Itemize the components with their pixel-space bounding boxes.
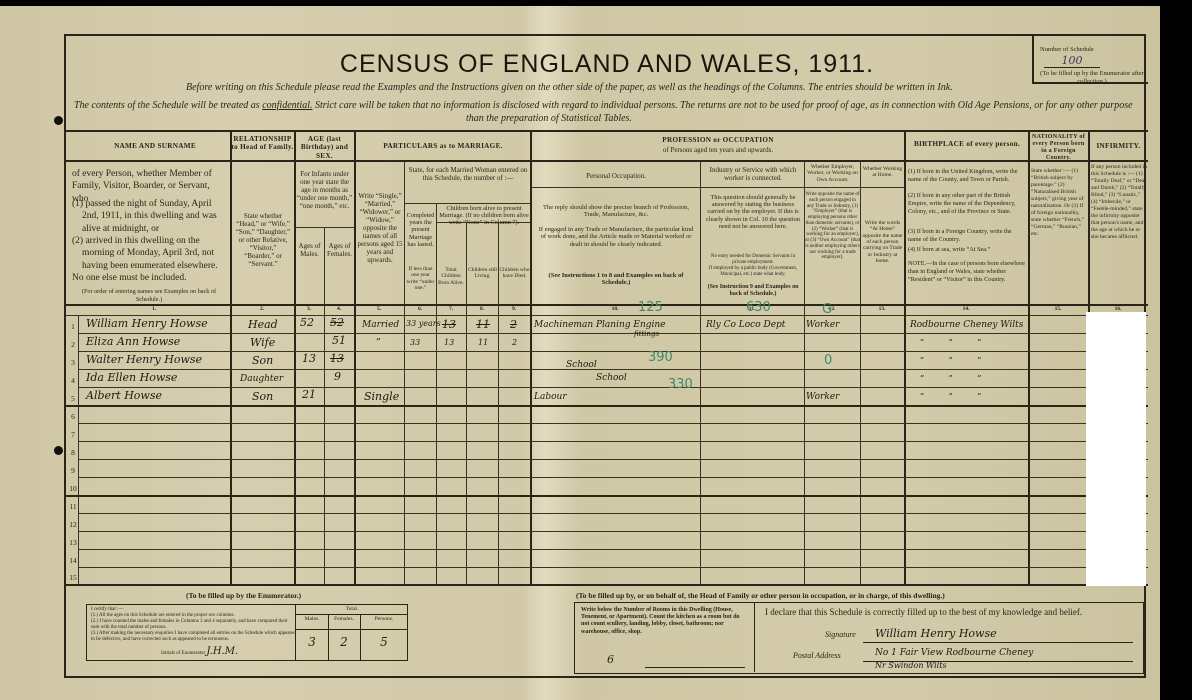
total-persons: 5 bbox=[360, 635, 408, 649]
code-annotation: 0 bbox=[824, 353, 832, 368]
enumerator-certificate: I certify that :— (1.) All the ages on t… bbox=[86, 604, 408, 661]
person-name: Eliza Ann Howse bbox=[86, 335, 180, 348]
schedule-frame: CENSUS OF ENGLAND AND WALES, 1911. Befor… bbox=[64, 34, 1146, 678]
rooms-value: 6 bbox=[607, 653, 614, 666]
schedule-number-box: Number of Schedule100 (To be filled up b… bbox=[1032, 36, 1148, 84]
header-profession: PROFESSION or OCCUPATION bbox=[532, 136, 904, 144]
total-males: 3 bbox=[296, 635, 328, 649]
postal-address-line1: No 1 Fair View Rodbourne Cheney bbox=[875, 648, 1033, 658]
code-annotation: 390 bbox=[648, 350, 673, 365]
total-females: 2 bbox=[328, 635, 360, 649]
schedule-number-value: 100 bbox=[1044, 54, 1100, 68]
signature: William Henry Howse bbox=[875, 627, 997, 640]
census-schedule-page: CENSUS OF ENGLAND AND WALES, 1911. Befor… bbox=[0, 6, 1160, 700]
header-name: NAME AND SURNAME bbox=[80, 142, 230, 150]
household-table: NAME AND SURNAME of every Person, whethe… bbox=[66, 130, 1148, 584]
person-name: Albert Howse bbox=[86, 389, 162, 402]
enumerator-initials: J.H.M. bbox=[206, 646, 238, 657]
header-birthplace: BIRTHPLACE of every person. bbox=[906, 140, 1028, 148]
document-title: CENSUS OF ENGLAND AND WALES, 1911. bbox=[66, 50, 1148, 79]
punch-hole bbox=[54, 116, 63, 125]
code-annotation: 630 bbox=[746, 300, 771, 315]
confidential-notice-line2: than the preparation of Statistical Tabl… bbox=[466, 113, 632, 124]
header-infirmity: INFIRMITY. bbox=[1089, 142, 1148, 150]
person-name: Walter Henry Howse bbox=[86, 353, 202, 366]
enumerator-section-title: (To be filled up by the Enumerator.) bbox=[186, 591, 301, 600]
person-name: William Henry Howse bbox=[86, 317, 208, 330]
header-marriage: PARTICULARS as to MARRIAGE. bbox=[356, 142, 530, 150]
totals-table: Total. Males. Females. Persons. 3 2 5 bbox=[295, 605, 407, 660]
header-nationality: NATIONALITY of every Person born in a Fo… bbox=[1029, 134, 1088, 162]
postal-address-line2: Nr Swindon Wilts bbox=[875, 661, 947, 670]
code-annotation: G bbox=[822, 302, 832, 317]
code-annotation: 330 bbox=[668, 377, 693, 392]
instruction-line: Before writing on this Schedule please r… bbox=[186, 82, 953, 93]
head-declaration-box: Write below the Number of Rooms in this … bbox=[574, 602, 1144, 674]
rooms-count: Write below the Number of Rooms in this … bbox=[575, 603, 755, 672]
punch-hole bbox=[54, 446, 63, 455]
confidential-notice: The contents of the Schedule will be tre… bbox=[74, 100, 1133, 111]
person-name: Ida Ellen Howse bbox=[86, 371, 177, 384]
redacted-area bbox=[1086, 312, 1146, 586]
head-section-title: (To be filled up by, or on behalf of, th… bbox=[576, 591, 945, 600]
code-annotation: 125 bbox=[638, 300, 663, 315]
header-age: AGE (last Birthday) and SEX. bbox=[295, 135, 354, 160]
header-relationship: RELATIONSHIP to Head of Family. bbox=[231, 135, 294, 152]
